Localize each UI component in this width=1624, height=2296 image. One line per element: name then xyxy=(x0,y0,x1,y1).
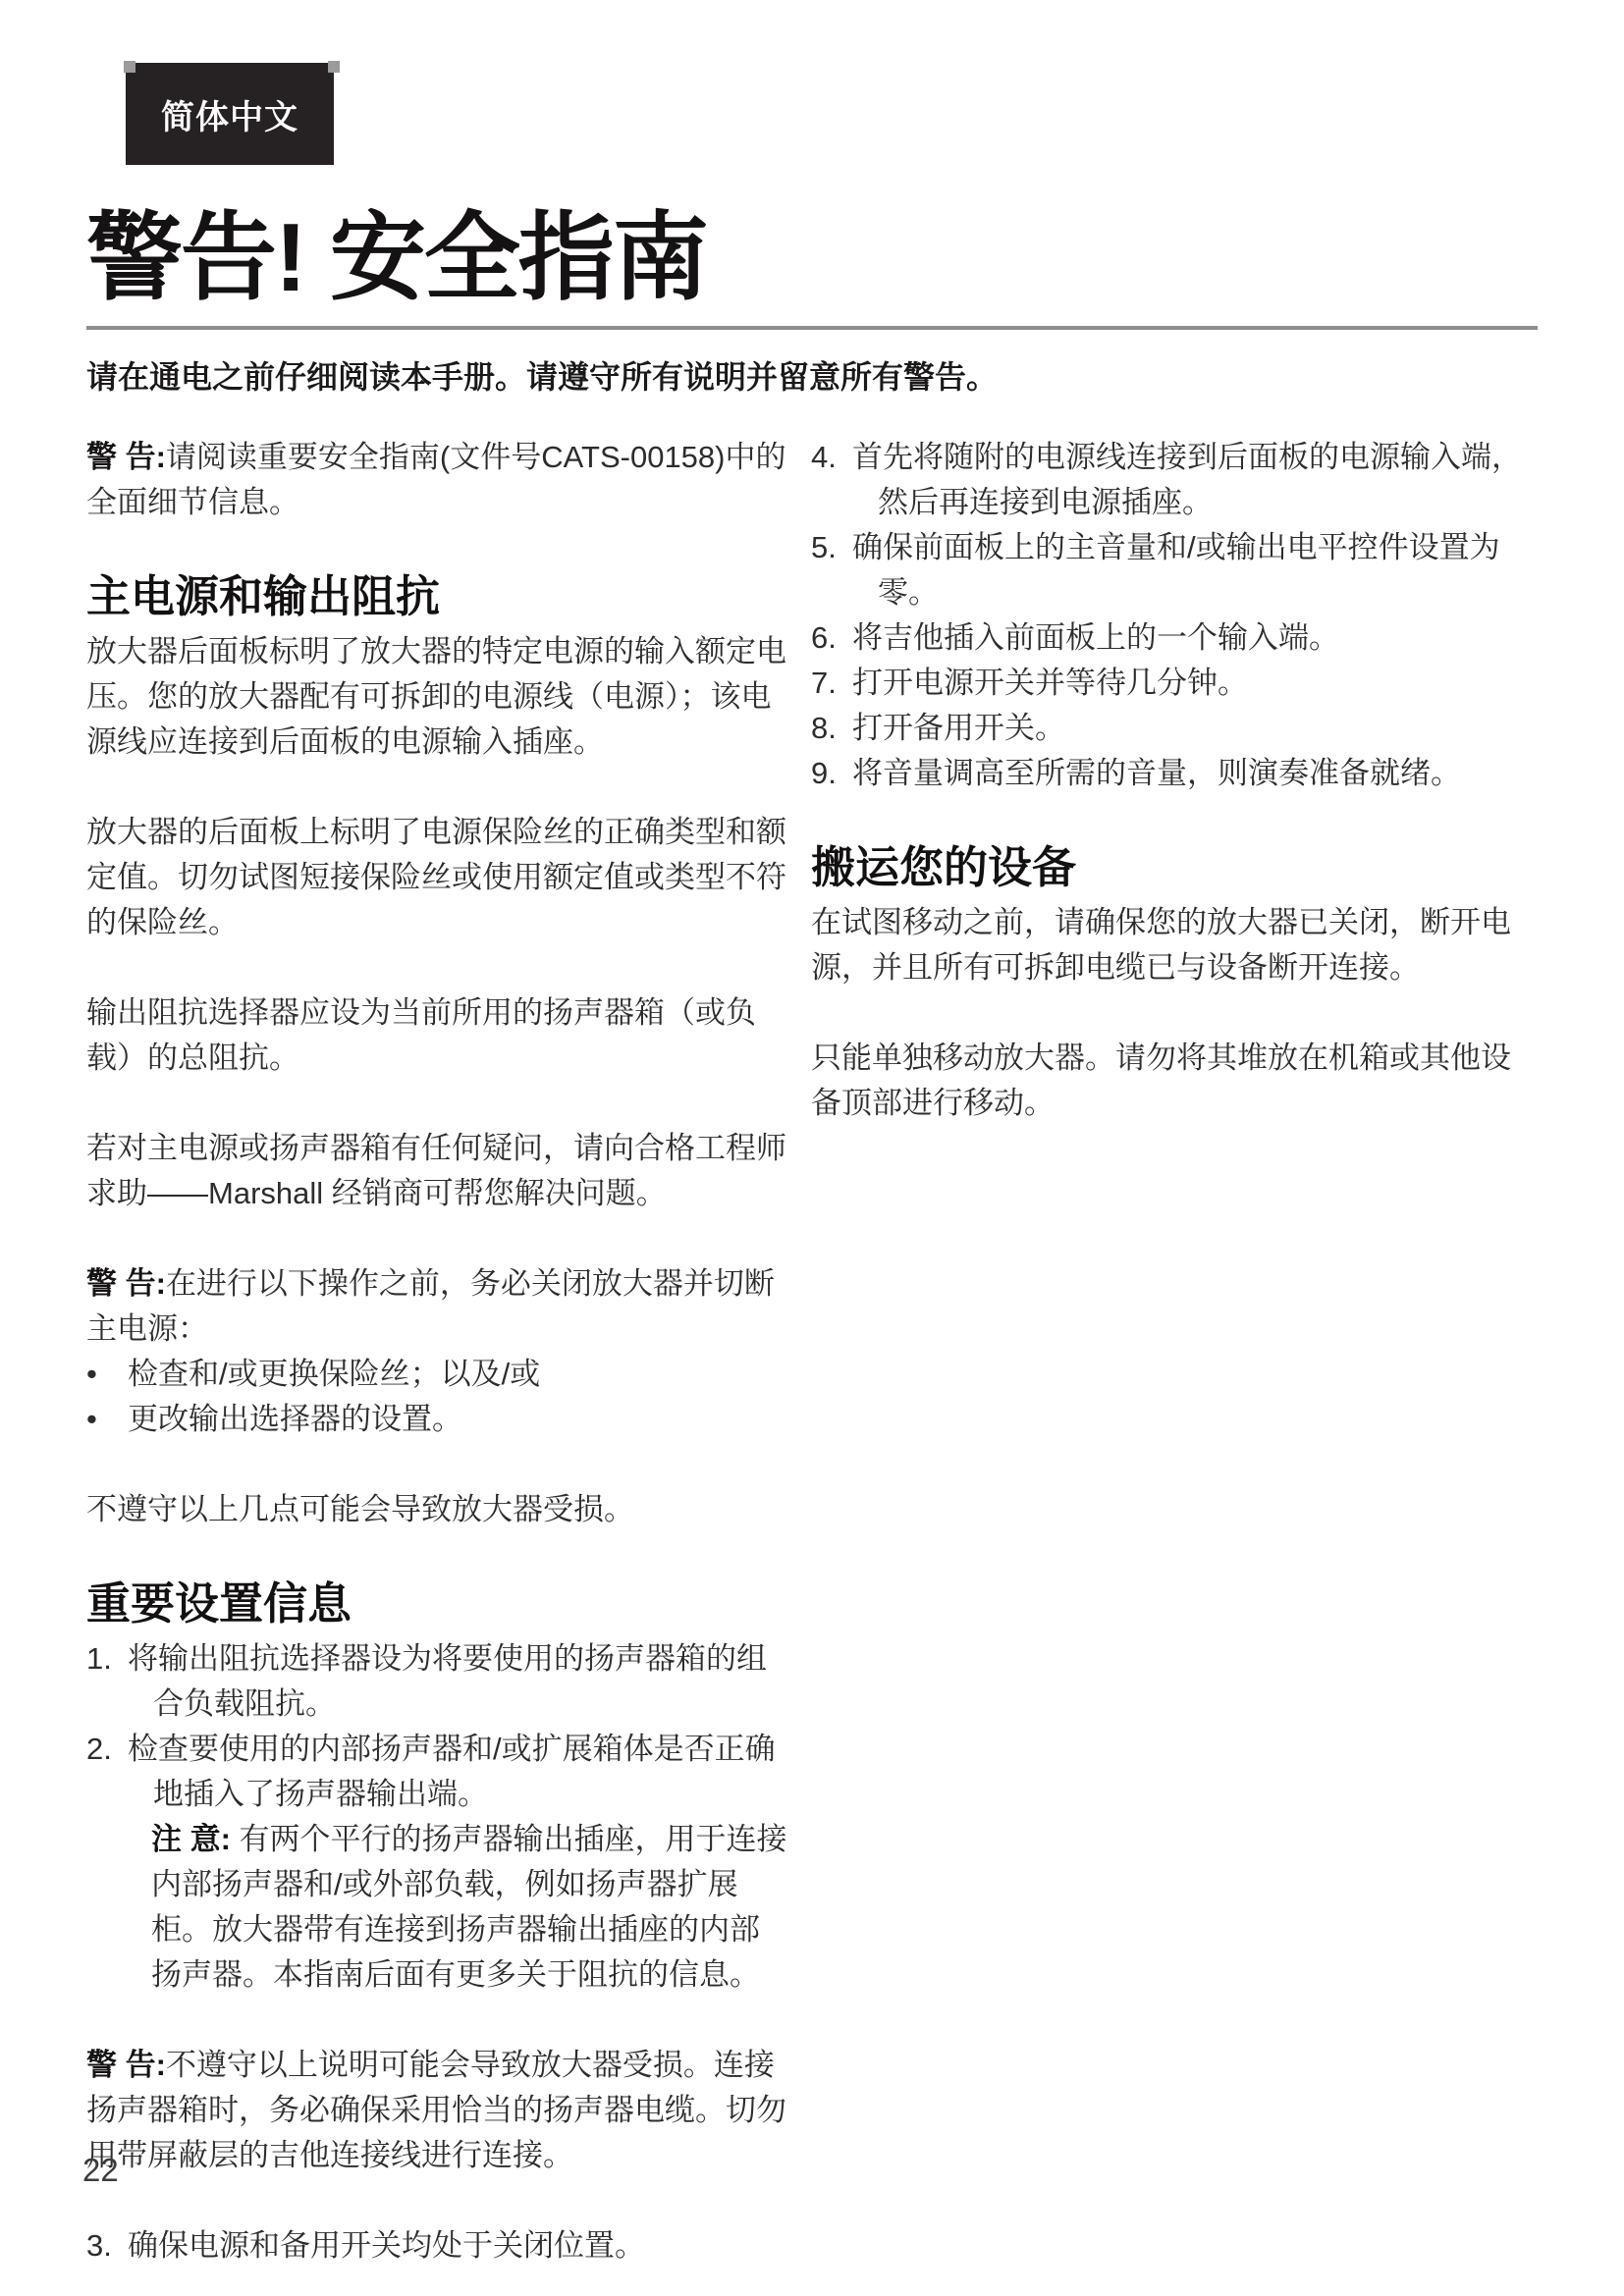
right-column: 4. 首先将随附的电源线连接到后面板的电源输入端，然后再连接到电源插座。 5. … xyxy=(811,435,1538,2269)
section-heading-moving: 搬运您的设备 xyxy=(811,841,1538,894)
step-text: 将输出阻抗选择器设为将要使用的扬声器箱的组合负载阻抗。 xyxy=(128,1636,787,1727)
numbered-step: 4. 首先将随附的电源线连接到后面板的电源输入端，然后再连接到电源插座。 xyxy=(811,435,1538,525)
moving-paragraph-1: 在试图移动之前，请确保您的放大器已关闭，断开电源，并且所有可拆卸电缆已与设备断开… xyxy=(811,900,1538,990)
step-text: 确保电源和备用开关均处于关闭位置。 xyxy=(128,2223,787,2269)
mains-outro: 不遵守以上几点可能会导致放大器受损。 xyxy=(86,1487,787,1532)
numbered-step: 3. 确保电源和备用开关均处于关闭位置。 xyxy=(86,2223,787,2269)
numbered-step: 7. 打开电源开关并等待几分钟。 xyxy=(811,661,1538,706)
step-number: 8. xyxy=(811,706,852,751)
bullet-text: 更改输出选择器的设置。 xyxy=(128,1397,462,1442)
warning-text: 在进行以下操作之前，务必关闭放大器并切断主电源： xyxy=(86,1266,775,1346)
step-text: 将音量调高至所需的音量，则演奏准备就绪。 xyxy=(852,751,1538,796)
step-text: 确保前面板上的主音量和/或输出电平控件设置为零。 xyxy=(852,525,1538,615)
title-rule xyxy=(86,326,1538,330)
startup-steps: 4. 首先将随附的电源线连接到后面板的电源输入端，然后再连接到电源插座。 5. … xyxy=(811,435,1538,796)
step-number: 6. xyxy=(811,615,852,661)
warning-label: 警 告: xyxy=(86,440,166,474)
warning-paragraph-2: 警 告:在进行以下操作之前，务必关闭放大器并切断主电源： xyxy=(86,1261,787,1352)
two-column-body: 警 告:请阅读重要安全指南(文件号CATS-00158)中的全面细节信息。 主电… xyxy=(86,435,1538,2269)
note-text: 有两个平行的扬声器输出插座，用于连接内部扬声器和/或外部负载，例如扬声器扩展柜。… xyxy=(151,1822,787,1992)
list-item: • 更改输出选择器的设置。 xyxy=(86,1397,787,1442)
warning-label: 警 告: xyxy=(86,2048,166,2082)
note-label: 注 意: xyxy=(151,1822,231,1856)
warning-paragraph-3: 警 告:不遵守以上说明可能会导致放大器受损。连接扬声器箱时，务必确保采用恰当的扬… xyxy=(86,2043,787,2178)
warning-text: 请阅读重要安全指南(文件号CATS-00158)中的全面细节信息。 xyxy=(86,440,786,519)
step-number: 5. xyxy=(811,525,852,615)
step-text: 将吉他插入前面板上的一个输入端。 xyxy=(852,615,1538,661)
manual-page: 简体中文 警告! 安全指南 请在通电之前仔细阅读本手册。请遵守所有说明并留意所有… xyxy=(0,0,1624,2296)
warning-bullet-list: • 检查和/或更换保险丝；以及/或 • 更改输出选择器的设置。 xyxy=(86,1352,787,1442)
language-badge-label: 简体中文 xyxy=(161,90,298,138)
intro-line: 请在通电之前仔细阅读本手册。请遵守所有说明并留意所有警告。 xyxy=(86,355,1538,399)
numbered-step: 8. 打开备用开关。 xyxy=(811,706,1538,751)
page-number: 22 xyxy=(82,2152,119,2189)
step-number: 9. xyxy=(811,751,852,796)
moving-paragraph-2: 只能单独移动放大器。请勿将其堆放在机箱或其他设备顶部进行移动。 xyxy=(811,1036,1538,1126)
bullet-text: 检查和/或更换保险丝；以及/或 xyxy=(128,1352,540,1397)
numbered-step: 6. 将吉他插入前面板上的一个输入端。 xyxy=(811,615,1538,661)
step-number: 3. xyxy=(86,2223,128,2269)
scan-mark-right xyxy=(328,61,340,73)
language-badge: 简体中文 xyxy=(126,63,334,165)
numbered-step: 5. 确保前面板上的主音量和/或输出电平控件设置为零。 xyxy=(811,525,1538,615)
numbered-step: 9. 将音量调高至所需的音量，则演奏准备就绪。 xyxy=(811,751,1538,796)
step-number: 1. xyxy=(86,1636,128,1727)
mains-paragraph-4: 若对主电源或扬声器箱有任何疑问，请向合格工程师求助——Marshall 经销商可… xyxy=(86,1126,787,1216)
page-title: 警告! 安全指南 xyxy=(86,202,1538,312)
list-item: • 检查和/或更换保险丝；以及/或 xyxy=(86,1352,787,1397)
warning-paragraph: 警 告:请阅读重要安全指南(文件号CATS-00158)中的全面细节信息。 xyxy=(86,435,787,525)
mains-paragraph-3: 输出阻抗选择器应设为当前所用的扬声器箱（或负载）的总阻抗。 xyxy=(86,990,787,1081)
numbered-step: 1. 将输出阻抗选择器设为将要使用的扬声器箱的组合负载阻抗。 xyxy=(86,1636,787,1727)
step-text: 检查要使用的内部扬声器和/或扩展箱体是否正确地插入了扬声器输出端。 xyxy=(128,1727,787,1817)
numbered-step: 2. 检查要使用的内部扬声器和/或扩展箱体是否正确地插入了扬声器输出端。 xyxy=(86,1727,787,1817)
bullet-marker: • xyxy=(86,1397,128,1442)
step-text: 打开备用开关。 xyxy=(852,706,1538,751)
scan-mark-left xyxy=(124,61,135,73)
section-heading-setup: 重要设置信息 xyxy=(86,1577,787,1630)
bullet-marker: • xyxy=(86,1352,128,1397)
warning-text: 不遵守以上说明可能会导致放大器受损。连接扬声器箱时，务必确保采用恰当的扬声器电缆… xyxy=(86,2048,786,2172)
step-number: 7. xyxy=(811,661,852,706)
step-text: 打开电源开关并等待几分钟。 xyxy=(852,661,1538,706)
step-number: 2. xyxy=(86,1727,128,1817)
warning-label: 警 告: xyxy=(86,1266,166,1301)
left-column: 警 告:请阅读重要安全指南(文件号CATS-00158)中的全面细节信息。 主电… xyxy=(86,435,787,2269)
section-heading-mains: 主电源和输出阻抗 xyxy=(86,570,787,623)
mains-paragraph-1: 放大器后面板标明了放大器的特定电源的输入额定电压。您的放大器配有可拆卸的电源线（… xyxy=(86,629,787,765)
note-block: 注 意: 有两个平行的扬声器输出插座，用于连接内部扬声器和/或外部负载，例如扬声… xyxy=(151,1817,787,1998)
step-text: 首先将随附的电源线连接到后面板的电源输入端，然后再连接到电源插座。 xyxy=(852,435,1538,525)
mains-paragraph-2: 放大器的后面板上标明了电源保险丝的正确类型和额定值。切勿试图短接保险丝或使用额定… xyxy=(86,810,787,945)
step-number: 4. xyxy=(811,435,852,525)
setup-steps: 1. 将输出阻抗选择器设为将要使用的扬声器箱的组合负载阻抗。 2. 检查要使用的… xyxy=(86,1636,787,1817)
